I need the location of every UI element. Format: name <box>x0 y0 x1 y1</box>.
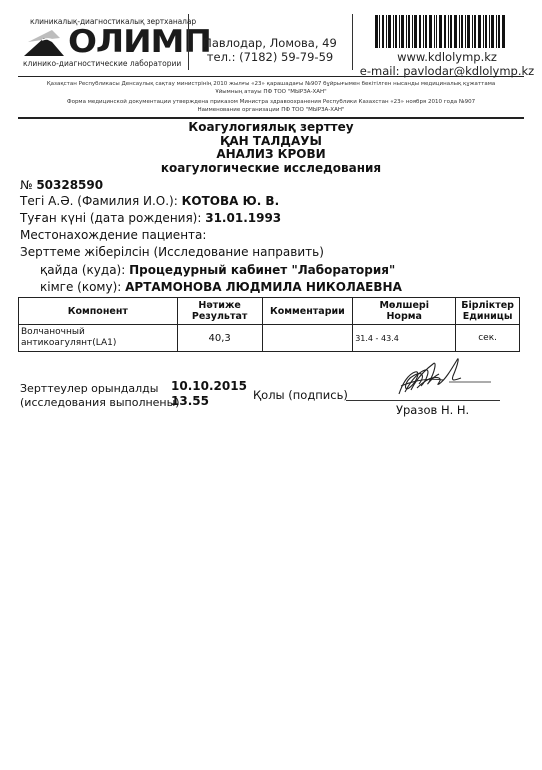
header-divider <box>352 14 353 70</box>
referral-whom-value: АРТАМОНОВА ЛЮДМИЛА НИКОЛАЕВНА <box>125 280 402 294</box>
contact-address: Павлодар, Ломова, 49 тел.: (7182) 59-79-… <box>190 36 350 64</box>
patient-location-label: Местонахождение пациента: <box>20 228 206 242</box>
sample-number-label: № <box>20 178 32 192</box>
mountain-logo-icon <box>22 28 66 58</box>
legal-line: Ұйымның атауы ПФ ТОО "МЫРЗА-ХАН" <box>18 88 524 96</box>
column-header-norm: Мөлшері Норма <box>353 298 456 325</box>
signature-label: Қолы (подпись) <box>253 388 348 402</box>
patient-name-label: Тегі А.Ә. (Фамилия И.О.): <box>20 194 178 208</box>
column-header-result: Нәтиже Результат <box>177 298 262 325</box>
completed-label-line: Зерттеулер орындалды <box>20 382 180 396</box>
cell-comment <box>262 325 353 352</box>
table-header-row: Компонент Нәтиже Результат Комментарии М… <box>19 298 520 325</box>
column-header-label: Компонент <box>21 306 175 317</box>
sample-number: № 50328590 <box>20 178 103 192</box>
column-header-comments: Комментарии <box>262 298 353 325</box>
column-header-label: Мөлшері <box>355 300 453 311</box>
cell-result: 40,3 <box>177 325 262 352</box>
patient-name: Тегі А.Ә. (Фамилия И.О.): КОТОВА Ю. В. <box>20 194 279 208</box>
sample-number-value: 50328590 <box>36 178 103 192</box>
contact-web: www.kdlolymp.kz e-mail: pavlodar@kdlolym… <box>354 50 540 78</box>
legal-line: Форма медицинской документации утвержден… <box>18 98 524 106</box>
cell-norm: 31.4 - 43.4 <box>353 325 456 352</box>
document-title: Коагулогиялық зерттеу ҚАН ТАЛДАУЫ АНАЛИЗ… <box>18 121 524 175</box>
column-header-component: Компонент <box>19 298 178 325</box>
divider <box>18 76 524 77</box>
signer-name: Уразов Н. Н. <box>396 403 469 417</box>
completed-time: 13.55 <box>171 394 247 409</box>
phone-line: тел.: (7182) 59-79-59 <box>190 50 350 64</box>
title-line: АНАЛИЗ КРОВИ <box>18 148 524 162</box>
cell-component: Волчаночный антикоагулянт(LA1) <box>19 325 178 352</box>
column-header-units: Бірліктер Единицы <box>456 298 520 325</box>
table-row: Волчаночный антикоагулянт(LA1) 40,3 31.4… <box>19 325 520 352</box>
completed-label: Зерттеулер орындалды (исследования выпол… <box>20 382 180 410</box>
column-header-label: Комментарии <box>265 306 351 317</box>
legal-line: Қазақстан Республикасы Денсаулық сақтау … <box>18 80 524 88</box>
title-line: Коагулогиялық зерттеу <box>18 121 524 135</box>
completed-label-line: (исследования выполнены) <box>20 396 180 410</box>
referral-whom-label: кімге (кому): <box>40 280 121 294</box>
legal-line: Наименование организации ПФ ТОО "МЫРЗА-Х… <box>18 106 524 114</box>
referral-where: қайда (куда): Процедурный кабинет "Лабор… <box>40 263 395 277</box>
title-line: коагулогические исследования <box>18 162 524 176</box>
handwritten-signature-icon <box>395 352 495 398</box>
address-line: Павлодар, Ломова, 49 <box>190 36 350 50</box>
referral-where-label: қайда (куда): <box>40 263 125 277</box>
cell-units: сек. <box>456 325 520 352</box>
logo-bottom-text: клинико-диагностические лаборатории <box>23 59 181 68</box>
website-link[interactable]: www.kdlolymp.kz <box>354 50 540 64</box>
column-header-label: Результат <box>180 311 260 322</box>
column-header-label: Норма <box>355 311 453 322</box>
patient-name-value: КОТОВА Ю. В. <box>182 194 280 208</box>
legal-notice: Қазақстан Республикасы Денсаулық сақтау … <box>18 80 524 114</box>
divider <box>18 117 524 119</box>
referral-whom: кімге (кому): АРТАМОНОВА ЛЮДМИЛА НИКОЛАЕ… <box>40 280 402 294</box>
column-header-label: Нәтиже <box>180 300 260 311</box>
column-header-label: Бірліктер <box>458 300 517 311</box>
barcode-icon <box>375 15 505 48</box>
column-header-label: Единицы <box>458 311 517 322</box>
patient-dob: Туған күні (дата рождения): 31.01.1993 <box>20 211 281 225</box>
completed-datetime: 10.10.2015 13.55 <box>171 379 247 409</box>
patient-dob-value: 31.01.1993 <box>205 211 281 225</box>
patient-dob-label: Туған күні (дата рождения): <box>20 211 201 225</box>
completed-date: 10.10.2015 <box>171 379 247 394</box>
component-name: Волчаночный <box>21 327 175 338</box>
results-table: Компонент Нәтиже Результат Комментарии М… <box>18 297 520 352</box>
referral-label: Зерттеме жіберілсін (Исследование направ… <box>20 245 324 259</box>
header-divider <box>188 14 189 70</box>
title-line: ҚАН ТАЛДАУЫ <box>18 135 524 149</box>
component-name: антикоагулянт(LA1) <box>21 338 175 349</box>
signature-line <box>346 400 500 401</box>
referral-where-value: Процедурный кабинет "Лаборатория" <box>129 263 395 277</box>
